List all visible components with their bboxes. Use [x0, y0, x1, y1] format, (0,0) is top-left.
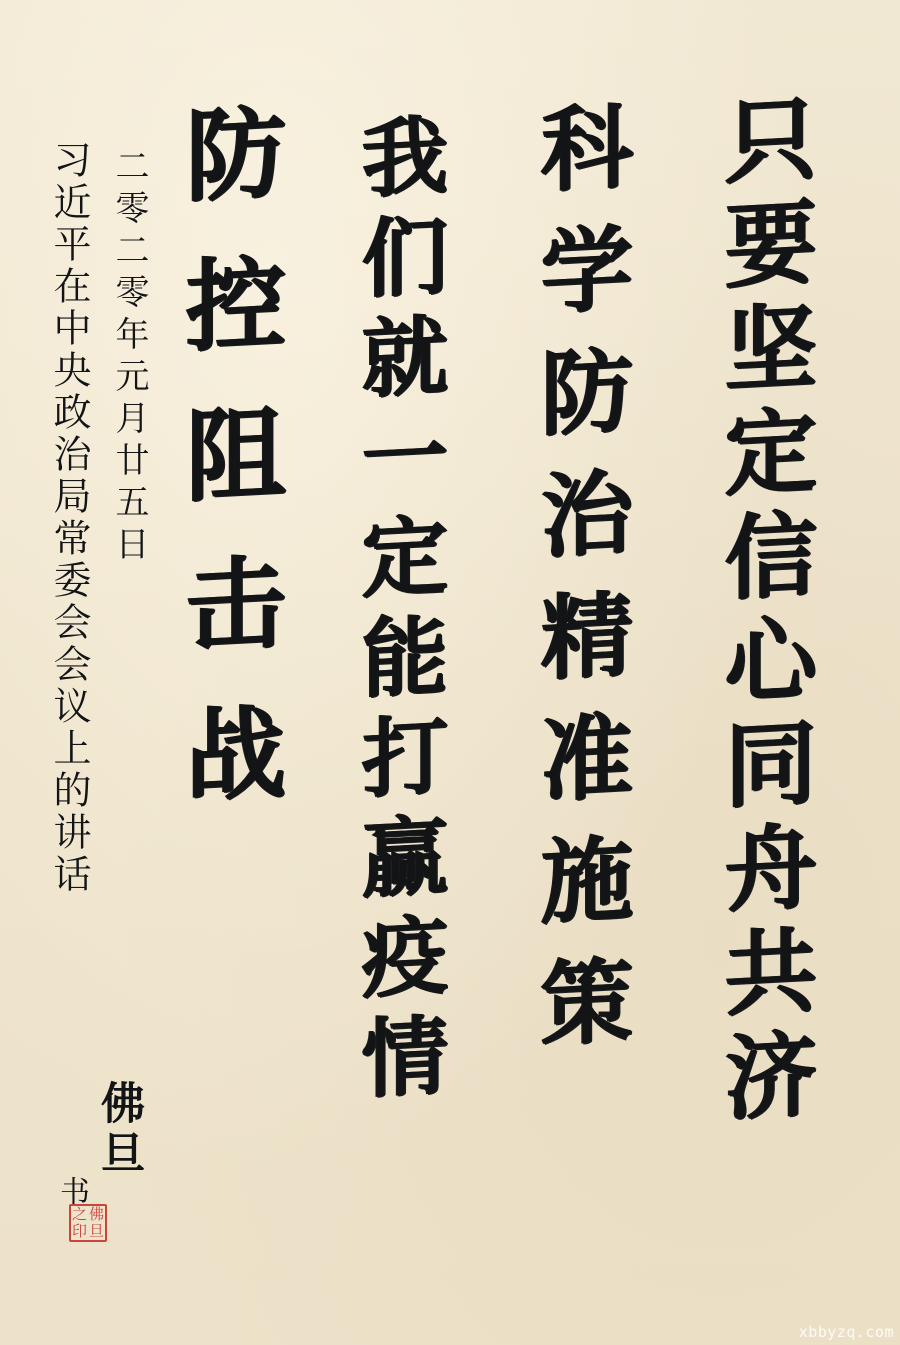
calligraphy-column-2: 科学防治精准施策: [534, 98, 626, 1079]
inscription-source: 习近平在中央政治局常委会会议上的讲话: [50, 140, 88, 896]
calligraphy-column-3: 我们就一定能打赢疫情: [354, 110, 440, 1115]
site-watermark: xbbyzq.com: [799, 1323, 894, 1341]
artist-signature: 佛旦: [96, 1080, 140, 1180]
calligraphy-column-1: 只要坚定信心同舟共济: [718, 90, 810, 1135]
seal-char: 印: [71, 1223, 88, 1240]
red-seal-stamp: 之 佛 印 旦: [69, 1204, 107, 1242]
seal-char: 之: [71, 1206, 88, 1223]
inscription-date: 二零二零年元月廿五日: [112, 148, 146, 568]
calligraphy-column-4: 防控阻击战: [178, 99, 278, 854]
seal-char: 佛: [88, 1206, 105, 1223]
seal-char: 旦: [88, 1223, 105, 1240]
